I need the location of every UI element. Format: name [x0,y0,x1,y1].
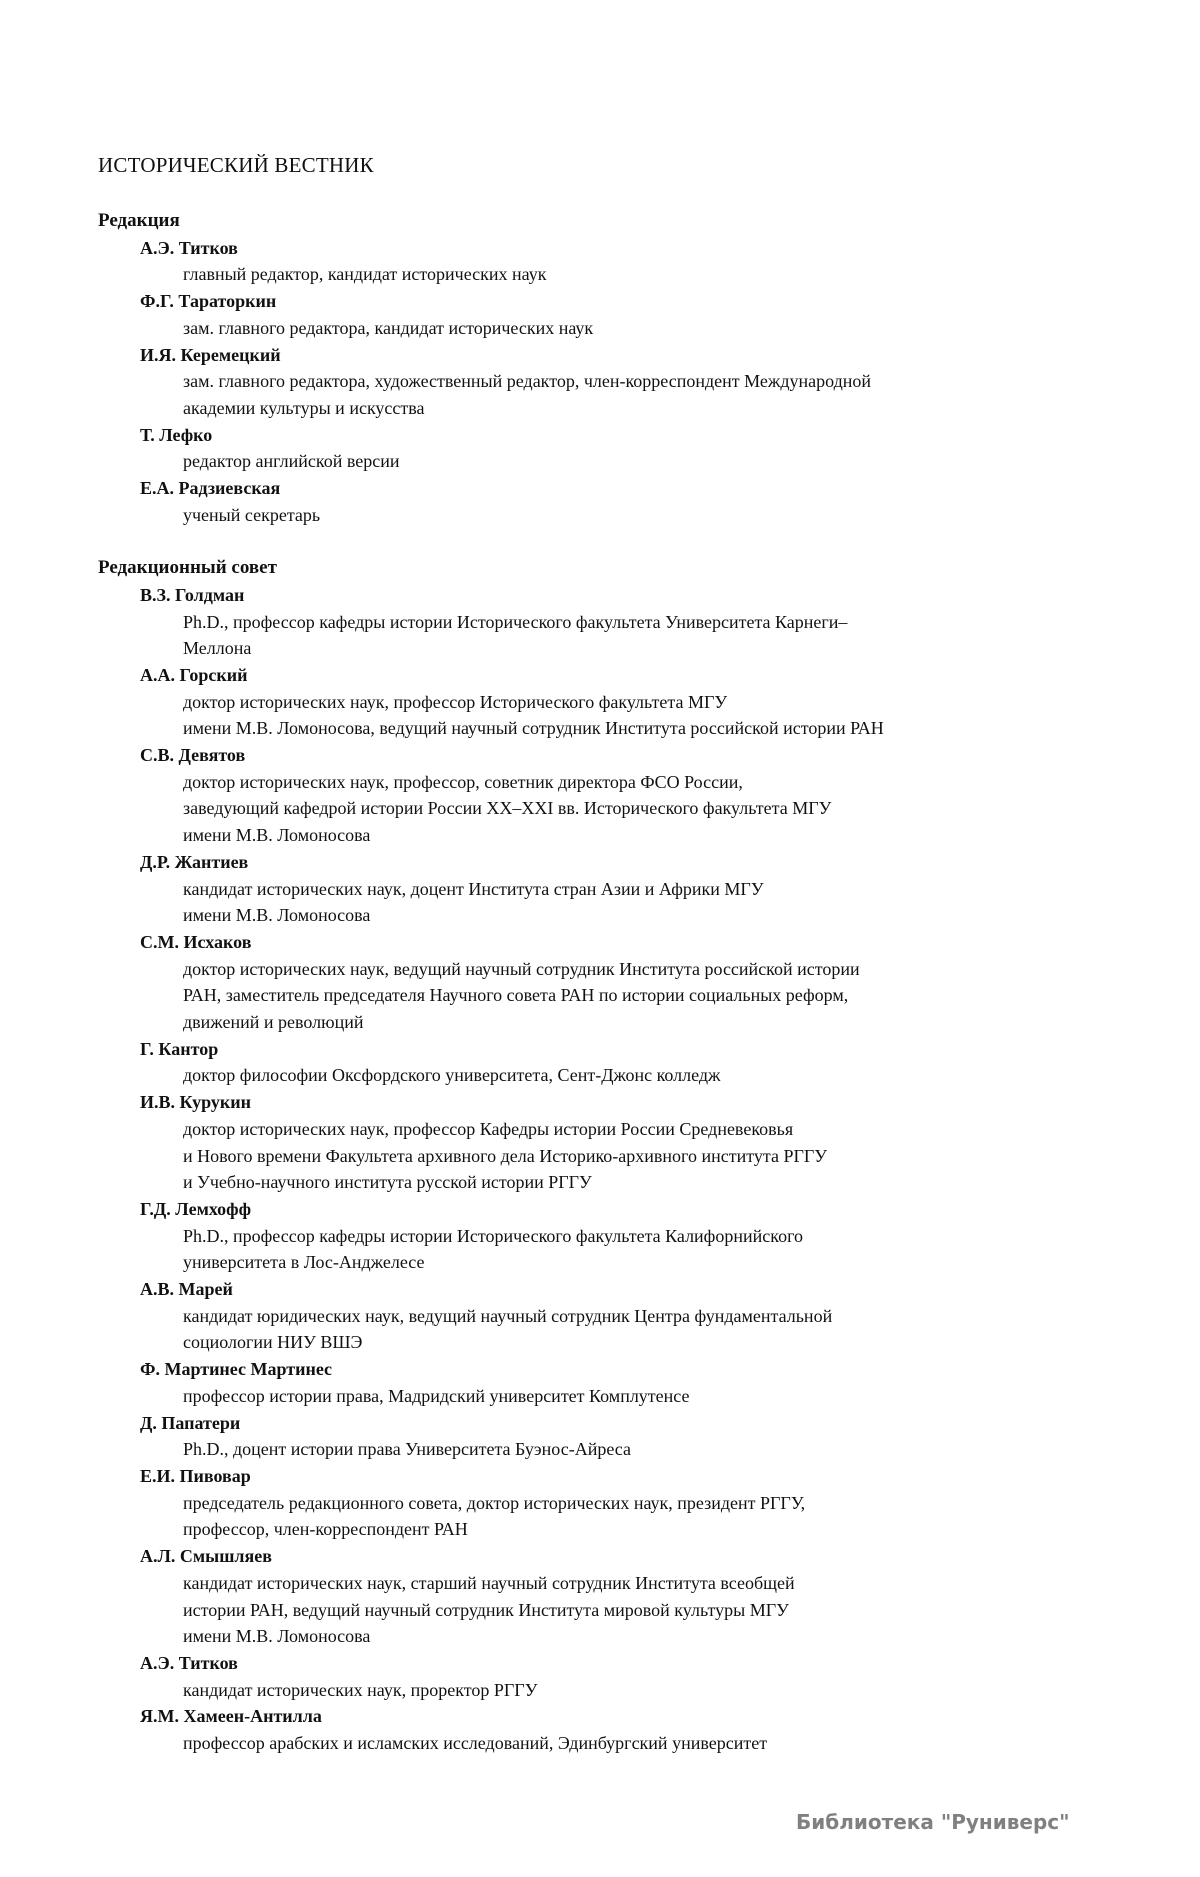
description-line: Меллона [183,635,1098,662]
member-name: А.А. Горский [98,662,1098,689]
member-entry: В.З. ГолдманPh.D., профессор кафедры ист… [98,582,1098,662]
description-line: доктор исторических наук, ведущий научны… [183,956,1098,983]
member-name: Т. Лефко [98,422,1098,449]
member-entry: Д.Р. Жантиевкандидат исторических наук, … [98,849,1098,929]
description-line: заведующий кафедрой истории России XX–XX… [183,795,1098,822]
section-title: Редакция [98,208,1098,235]
member-description: доктор исторических наук, ведущий научны… [98,956,1098,1036]
member-entry: Ф.Г. Тараторкинзам. главного редактора, … [98,288,1098,341]
member-name: Ф.Г. Тараторкин [98,288,1098,315]
description-line: РАН, заместитель председателя Научного с… [183,982,1098,1009]
member-entry: Г. Кантордоктор философии Оксфордского у… [98,1036,1098,1089]
member-description: профессор истории права, Мадридский унив… [98,1383,1098,1410]
member-name: А.Э. Титков [98,1650,1098,1677]
description-line: доктор исторических наук, профессор Исто… [183,689,1098,716]
member-entry: А.Э. Титковглавный редактор, кандидат ис… [98,235,1098,288]
description-line: доктор исторических наук, профессор, сов… [183,769,1098,796]
journal-title: ИСТОРИЧЕСКИЙ ВЕСТНИК [98,150,1098,180]
member-description: Ph.D., доцент истории права Университета… [98,1436,1098,1463]
description-line: имени М.В. Ломоносова, ведущий научный с… [183,715,1098,742]
member-description: доктор философии Оксфордского университе… [98,1062,1098,1089]
member-entry: А.Э. Титковкандидат исторических наук, п… [98,1650,1098,1703]
description-line: кандидат исторических наук, старший науч… [183,1570,1098,1597]
description-line: и Нового времени Факультета архивного де… [183,1143,1098,1170]
description-line: доктор философии Оксфордского университе… [183,1062,1098,1089]
member-description: кандидат юридических наук, ведущий научн… [98,1303,1098,1356]
member-name: И.Я. Керемецкий [98,342,1098,369]
member-entry: Д. ПапатериPh.D., доцент истории права У… [98,1410,1098,1463]
member-description: председатель редакционного совета, докто… [98,1490,1098,1543]
member-entry: А.В. Марейкандидат юридических наук, вед… [98,1276,1098,1356]
description-line: кандидат исторических наук, доцент Инсти… [183,876,1098,903]
section-title: Редакционный совет [98,555,1098,582]
member-description: Ph.D., профессор кафедры истории Историч… [98,1223,1098,1276]
description-line: кандидат исторических наук, проректор РГ… [183,1677,1098,1704]
section-editorial-board: Редакционный советВ.З. ГолдманPh.D., про… [98,555,1098,1757]
member-name: Д.Р. Жантиев [98,849,1098,876]
member-name: Г. Кантор [98,1036,1098,1063]
masthead-page: ИСТОРИЧЕСКИЙ ВЕСТНИК РедакцияА.Э. Титков… [98,150,1098,1757]
description-line: движений и революций [183,1009,1098,1036]
description-line: профессор истории права, Мадридский унив… [183,1383,1098,1410]
description-line: кандидат юридических наук, ведущий научн… [183,1303,1098,1330]
member-description: главный редактор, кандидат исторических … [98,261,1098,288]
member-entry: С.М. Исхаковдоктор исторических наук, ве… [98,929,1098,1036]
member-entry: И.В. Курукиндоктор исторических наук, пр… [98,1089,1098,1196]
description-line: ученый секретарь [183,502,1098,529]
member-name: А.Э. Титков [98,235,1098,262]
description-line: Ph.D., профессор кафедры истории Историч… [183,609,1098,636]
description-line: и Учебно-научного института русской исто… [183,1169,1098,1196]
description-line: доктор исторических наук, профессор Кафе… [183,1116,1098,1143]
sections-container: РедакцияА.Э. Титковглавный редактор, кан… [98,208,1098,1757]
description-line: председатель редакционного совета, докто… [183,1490,1098,1517]
member-description: кандидат исторических наук, проректор РГ… [98,1677,1098,1704]
description-line: главный редактор, кандидат исторических … [183,261,1098,288]
description-line: университета в Лос-Анджелесе [183,1249,1098,1276]
member-name: А.Л. Смышляев [98,1543,1098,1570]
description-line: Ph.D., профессор кафедры истории Историч… [183,1223,1098,1250]
member-description: редактор английской версии [98,448,1098,475]
member-name: В.З. Голдман [98,582,1098,609]
description-line: Ph.D., доцент истории права Университета… [183,1436,1098,1463]
member-name: И.В. Курукин [98,1089,1098,1116]
description-line: редактор английской версии [183,448,1098,475]
description-line: имени М.В. Ломоносова [183,1623,1098,1650]
member-description: кандидат исторических наук, старший науч… [98,1570,1098,1650]
member-entry: Е.И. Пивоварпредседатель редакционного с… [98,1463,1098,1543]
member-name: Е.И. Пивовар [98,1463,1098,1490]
member-entry: А.Л. Смышляевкандидат исторических наук,… [98,1543,1098,1650]
description-line: имени М.В. Ломоносова [183,902,1098,929]
member-entry: А.А. Горскийдоктор исторических наук, пр… [98,662,1098,742]
description-line: профессор арабских и исламских исследова… [183,1730,1098,1757]
member-description: доктор исторических наук, профессор Исто… [98,689,1098,742]
member-name: Я.М. Хамеен-Антилла [98,1703,1098,1730]
description-line: академии культуры и искусства [183,395,1098,422]
member-description: доктор исторических наук, профессор Кафе… [98,1116,1098,1196]
library-watermark: Библиотека "Руниверс" [796,1810,1070,1834]
description-line: истории РАН, ведущий научный сотрудник И… [183,1597,1098,1624]
member-entry: Ф. Мартинес Мартинеспрофессор истории пр… [98,1356,1098,1409]
member-entry: С.В. Девятовдоктор исторических наук, пр… [98,742,1098,849]
member-entry: Я.М. Хамеен-Антиллапрофессор арабских и … [98,1703,1098,1756]
member-name: А.В. Марей [98,1276,1098,1303]
member-name: Д. Папатери [98,1410,1098,1437]
member-entry: Е.А. Радзиевскаяученый секретарь [98,475,1098,528]
member-description: зам. главного редактора, кандидат истори… [98,315,1098,342]
member-description: доктор исторических наук, профессор, сов… [98,769,1098,849]
member-name: Г.Д. Лемхофф [98,1196,1098,1223]
member-entry: Т. Лефкоредактор английской версии [98,422,1098,475]
member-entry: И.Я. Керемецкийзам. главного редактора, … [98,342,1098,422]
member-description: Ph.D., профессор кафедры истории Историч… [98,609,1098,662]
description-line: зам. главного редактора, кандидат истори… [183,315,1098,342]
member-description: зам. главного редактора, художественный … [98,368,1098,421]
member-description: ученый секретарь [98,502,1098,529]
description-line: имени М.В. Ломоносова [183,822,1098,849]
member-entry: Г.Д. ЛемхоффPh.D., профессор кафедры ист… [98,1196,1098,1276]
description-line: зам. главного редактора, художественный … [183,368,1098,395]
section-editorial-staff: РедакцияА.Э. Титковглавный редактор, кан… [98,208,1098,528]
member-description: кандидат исторических наук, доцент Инсти… [98,876,1098,929]
member-name: Ф. Мартинес Мартинес [98,1356,1098,1383]
member-name: С.М. Исхаков [98,929,1098,956]
description-line: профессор, член-корреспондент РАН [183,1516,1098,1543]
member-name: Е.А. Радзиевская [98,475,1098,502]
description-line: социологии НИУ ВШЭ [183,1329,1098,1356]
member-description: профессор арабских и исламских исследова… [98,1730,1098,1757]
member-name: С.В. Девятов [98,742,1098,769]
